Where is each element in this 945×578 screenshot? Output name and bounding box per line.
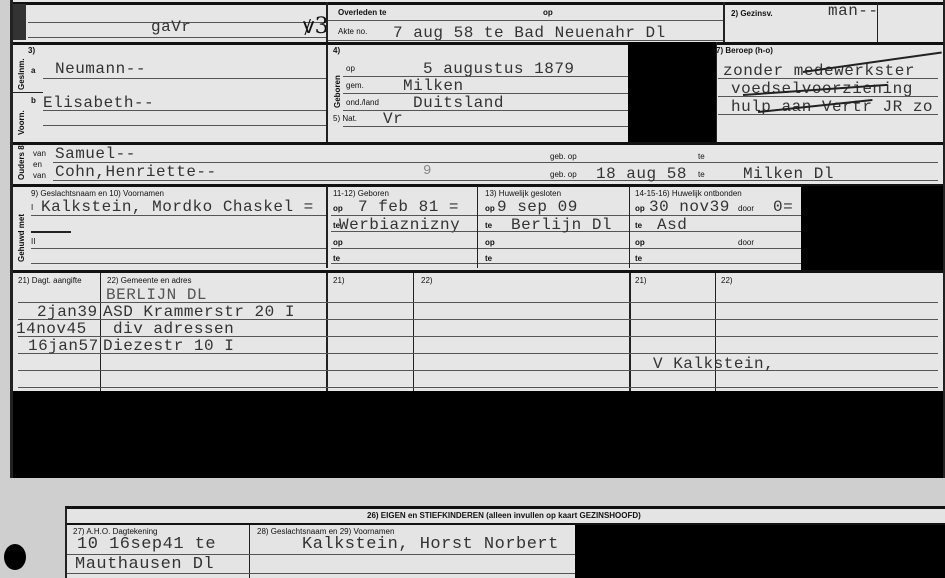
row-i-label: I bbox=[31, 203, 33, 212]
dissolved-te-label: te bbox=[635, 221, 642, 230]
door-label-2: door bbox=[738, 238, 754, 247]
redaction-block bbox=[13, 391, 943, 478]
divider bbox=[326, 273, 328, 391]
divider bbox=[629, 186, 630, 268]
address-row-2: div adressen bbox=[113, 320, 234, 338]
divider bbox=[28, 37, 328, 38]
divider bbox=[629, 273, 631, 391]
van-label-2: van bbox=[33, 171, 46, 180]
divider bbox=[13, 270, 943, 273]
gezinsv-label: 2) Gezinsv. bbox=[731, 9, 773, 18]
children-title: 26) EIGEN en STIEFKINDEREN (alleen invul… bbox=[367, 511, 641, 520]
col21-label-2: 21) bbox=[635, 276, 647, 285]
divider bbox=[477, 186, 478, 268]
geb-op-label-2: geb. op bbox=[550, 170, 577, 179]
divider bbox=[331, 263, 801, 264]
divider bbox=[715, 273, 716, 391]
married-op-label: op bbox=[485, 204, 495, 213]
b-label: b bbox=[31, 96, 36, 105]
section-3-label: 3) bbox=[28, 46, 35, 55]
child-name: Kalkstein, Horst Norbert bbox=[302, 535, 559, 554]
divider bbox=[331, 248, 801, 249]
geslnm-label: Geslnm. bbox=[17, 58, 26, 90]
divider bbox=[43, 110, 326, 111]
address-date-1: 2jan39 bbox=[37, 303, 98, 321]
divider bbox=[718, 114, 938, 115]
mother-birth-place: Milken Dl bbox=[743, 165, 834, 183]
divider bbox=[43, 78, 326, 79]
dissolved-place: Asd bbox=[657, 216, 687, 234]
dissolved-date: 30 nov39 bbox=[649, 198, 730, 216]
children-section: 26) EIGEN en STIEFKINDEREN (alleen invul… bbox=[65, 506, 945, 578]
mother-birth-date: 18 aug 58 bbox=[596, 165, 687, 183]
dissolved-header: 14-15-16) Huwelijk ontbonden bbox=[635, 189, 742, 198]
marriage-date: 9 sep 09 bbox=[497, 198, 578, 216]
address-row-3: Diezestr 10 I bbox=[103, 337, 234, 355]
redaction-block bbox=[628, 42, 716, 142]
te-label: te bbox=[333, 254, 340, 263]
birth-op-label: op bbox=[346, 64, 355, 73]
occupation-label: 7) Beroep (h-o) bbox=[716, 46, 773, 55]
divider bbox=[716, 42, 717, 142]
address-note: V Kalkstein, bbox=[653, 355, 774, 373]
divider bbox=[326, 186, 328, 268]
divider bbox=[31, 215, 326, 216]
punch-hole bbox=[4, 544, 26, 570]
divider bbox=[31, 248, 326, 249]
divider bbox=[13, 42, 943, 45]
birth-gem-label: gem. bbox=[346, 81, 364, 90]
divider bbox=[723, 2, 725, 42]
aho-line-2: Mauthausen Dl bbox=[75, 555, 214, 574]
a-label: a bbox=[31, 66, 35, 75]
birth-land-label: ond./land bbox=[346, 98, 379, 107]
geboren-label: Geboren bbox=[333, 75, 342, 108]
divider bbox=[343, 126, 633, 127]
te-label: te bbox=[698, 152, 705, 161]
row-ii-label: II bbox=[31, 237, 35, 246]
divider bbox=[249, 525, 250, 578]
en-label: en bbox=[33, 160, 42, 169]
divider bbox=[328, 40, 723, 41]
address-date-2: 14nov45 bbox=[16, 320, 87, 338]
address-row-0: BERLIJN DL bbox=[106, 286, 207, 304]
redaction-block bbox=[801, 186, 943, 272]
divider bbox=[53, 162, 938, 163]
spouse-name: Kalkstein, Mordko Chaskel = bbox=[41, 198, 314, 216]
divider bbox=[13, 2, 943, 5]
op-label-3: op bbox=[635, 238, 645, 247]
divider bbox=[328, 20, 723, 21]
divider bbox=[718, 78, 938, 79]
akte-label: Akte no. bbox=[338, 27, 367, 36]
dissolved-by: 0= bbox=[773, 198, 793, 216]
divider bbox=[43, 125, 326, 126]
married-header: 13) Huwelijk gesloten bbox=[485, 189, 561, 198]
header-code: gaVr bbox=[151, 18, 191, 36]
geb-op-label: geb. op bbox=[550, 152, 577, 161]
divider bbox=[13, 142, 943, 145]
col22-label: 22) bbox=[421, 276, 433, 285]
te-label-2: te bbox=[485, 254, 492, 263]
marriage-place: Berlijn Dl bbox=[511, 216, 612, 234]
gehuwd-met-label: Gehuwd met bbox=[17, 214, 26, 262]
redaction-block bbox=[575, 525, 945, 578]
te-label-2: te bbox=[698, 170, 705, 179]
spouse-birth-date: 7 feb 81 = bbox=[358, 198, 459, 216]
divider bbox=[877, 2, 878, 42]
divider bbox=[13, 92, 43, 93]
divider bbox=[18, 370, 938, 371]
op-label-2: op bbox=[485, 238, 495, 247]
born-header: 11-12) Geboren bbox=[333, 189, 389, 198]
divider bbox=[413, 273, 414, 391]
aho-line-1: 10 16sep41 te bbox=[77, 535, 216, 554]
ouders-label: Ouders 8) bbox=[17, 143, 26, 180]
divider bbox=[31, 263, 326, 264]
mark-9: 9 bbox=[423, 163, 432, 179]
divider bbox=[67, 554, 577, 555]
death-op-label: op bbox=[543, 8, 553, 17]
address-row-1: ASD Krammerstr 20 I bbox=[103, 303, 295, 321]
voorn-label: Voorn. bbox=[17, 110, 26, 135]
divider bbox=[100, 273, 101, 391]
dissolved-op-label: op bbox=[635, 204, 645, 213]
mother-name: Cohn,Henriette-- bbox=[55, 163, 217, 181]
addr-header: 22) Gemeente en adres bbox=[107, 276, 192, 285]
te-label-3: te bbox=[635, 254, 642, 263]
divider bbox=[343, 76, 633, 77]
married-te-label: te bbox=[485, 221, 492, 230]
tab-strip bbox=[13, 4, 26, 40]
door-label: door bbox=[738, 204, 754, 213]
divider bbox=[31, 231, 71, 233]
col21-label: 21) bbox=[333, 276, 345, 285]
section-4-label: 4) bbox=[333, 46, 340, 55]
divider bbox=[718, 96, 938, 97]
divider bbox=[326, 2, 328, 142]
date-header: 21) Dagt. aangifte bbox=[18, 276, 82, 285]
registration-card: gaVr ꝟ3 Overleden te op Akte no. 7 aug 5… bbox=[10, 0, 945, 478]
divider bbox=[67, 573, 577, 574]
surname-value: Neumann-- bbox=[55, 60, 146, 78]
born-op-label: op bbox=[333, 204, 343, 213]
op-label: op bbox=[333, 238, 343, 247]
nat-label: 5) Nat. bbox=[333, 114, 357, 123]
van-label: van bbox=[33, 149, 46, 158]
name-header: 9) Geslachtsnaam en 10) Voornamen bbox=[31, 189, 164, 198]
divider bbox=[18, 387, 938, 388]
death-label: Overleden te bbox=[338, 8, 386, 17]
col22-label-2: 22) bbox=[721, 276, 733, 285]
father-name: Samuel-- bbox=[55, 145, 136, 163]
gezinsv-value: man-- bbox=[828, 2, 879, 20]
address-date-3: 16jan57 bbox=[28, 337, 99, 355]
